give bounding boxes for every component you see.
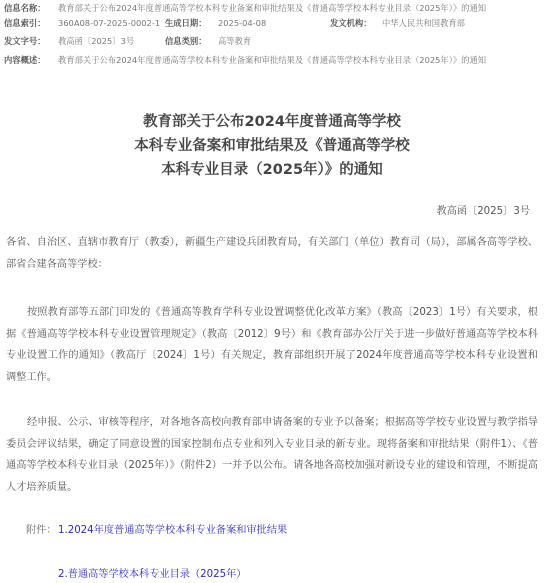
document-number: 教高函〔2025〕3号 bbox=[436, 202, 530, 217]
meta-row-doc-number: 发文字号： 教高函〔2025〕3号 信息类别： 高等教育 bbox=[0, 33, 544, 51]
issuing-org-label: 发文机构： bbox=[330, 15, 372, 33]
paragraph-1: 按照教育部等五部门印发的《普通高等教育学科专业设置调整优化改革方案》（教高〔20… bbox=[6, 302, 538, 388]
attachment-link-2[interactable]: 2.普通高等学校本科专业目录（2025年） bbox=[58, 565, 246, 580]
summary-label: 内容概述： bbox=[4, 52, 46, 70]
attachments-label: 附件： bbox=[26, 521, 57, 536]
document-title: 教育部关于公布2024年度普通高等学校 本科专业备案和审批结果及《普通高等学校 … bbox=[0, 110, 544, 182]
summary-value: 教育部关于公布2024年度普通高等学校本科专业备案和审批结果及《普通高等学校本科… bbox=[58, 52, 486, 70]
info-category-value: 高等教育 bbox=[218, 33, 251, 51]
meta-row-summary: 内容概述： 教育部关于公布2024年度普通高等学校本科专业备案和审批结果及《普通… bbox=[0, 52, 544, 70]
doc-number-label: 发文字号： bbox=[4, 33, 46, 51]
salutation: 各省、自治区、直辖市教育厅（教委），新疆生产建设兵团教育局，有关部门（单位）教育… bbox=[6, 232, 538, 275]
document-metadata: 信息名称： 教育部关于公布2024年度普通高等学校本科专业备案和审批结果及《普通… bbox=[0, 0, 544, 70]
paragraph-2: 经申报、公示、审核等程序，对各地各高校向教育部申请备案的专业予以备案；根据高等学… bbox=[6, 412, 538, 498]
info-category-label: 信息类别： bbox=[165, 33, 207, 51]
title-line-2: 本科专业备案和审批结果及《普通高等学校 bbox=[0, 134, 544, 158]
title-line-3: 本科专业目录（2025年）》的通知 bbox=[0, 158, 544, 182]
meta-row-index: 信息索引： 360A08-07-2025-0002-1 生成日期： 2025-0… bbox=[0, 15, 544, 33]
info-index-label: 信息索引： bbox=[4, 15, 46, 33]
doc-number-value: 教高函〔2025〕3号 bbox=[58, 33, 134, 51]
created-date-value: 2025-04-08 bbox=[218, 15, 266, 33]
title-line-1: 教育部关于公布2024年度普通高等学校 bbox=[0, 110, 544, 134]
created-date-label: 生成日期： bbox=[165, 15, 207, 33]
issuing-org-value: 中华人民共和国教育部 bbox=[382, 15, 465, 33]
attachment-link-1[interactable]: 1.2024年度普通高等学校本科专业备案和审批结果 bbox=[58, 521, 287, 536]
info-index-value: 360A08-07-2025-0002-1 bbox=[58, 15, 160, 33]
